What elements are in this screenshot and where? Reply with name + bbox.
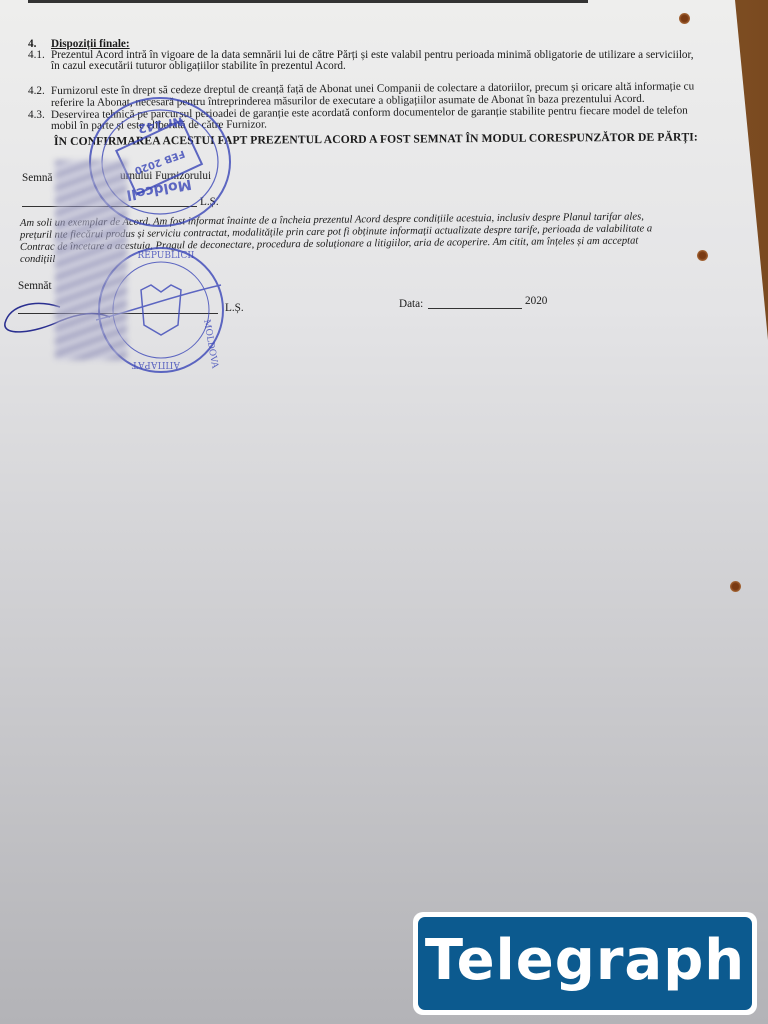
svg-text:REPUBLICII: REPUBLICII bbox=[138, 251, 195, 261]
date-label: Data: bbox=[399, 298, 423, 310]
clause-number: 4.1. bbox=[28, 49, 45, 61]
top-edge-bar bbox=[28, 0, 588, 3]
subscriber-signature-label: Semnăt bbox=[18, 280, 52, 292]
telegraph-watermark: Telegraph bbox=[413, 912, 757, 1015]
svg-text:Moldcell: Moldcell bbox=[125, 176, 193, 203]
clause-text: în cazul executării tuturor obligațiilor… bbox=[51, 60, 346, 72]
svg-text:FEB 2020: FEB 2020 bbox=[133, 147, 186, 175]
svg-text:Nr 142: Nr 142 bbox=[137, 114, 184, 136]
clause-number: 4.3. bbox=[28, 109, 45, 121]
telegraph-logo-badge: Telegraph bbox=[418, 917, 752, 1010]
punch-hole bbox=[697, 250, 708, 261]
clause-number: 4.2. bbox=[28, 85, 45, 97]
date-year: 2020 bbox=[525, 295, 547, 307]
punch-hole bbox=[679, 13, 690, 24]
document-page: 4. Dispoziții finale: 4.1. Prezentul Aco… bbox=[0, 0, 768, 1024]
provider-signature-label: Semnă bbox=[22, 172, 52, 184]
svg-text:MOLDOVA: MOLDOVA bbox=[201, 319, 220, 370]
punch-hole bbox=[730, 581, 741, 592]
telegraph-logo-text: Telegraph bbox=[425, 928, 745, 993]
redacted-area bbox=[55, 160, 127, 360]
subscriber-statement: condițiil bbox=[20, 254, 55, 266]
svg-text:АППАРАТ: АППАРАТ bbox=[132, 359, 180, 369]
date-field-line bbox=[428, 308, 522, 309]
